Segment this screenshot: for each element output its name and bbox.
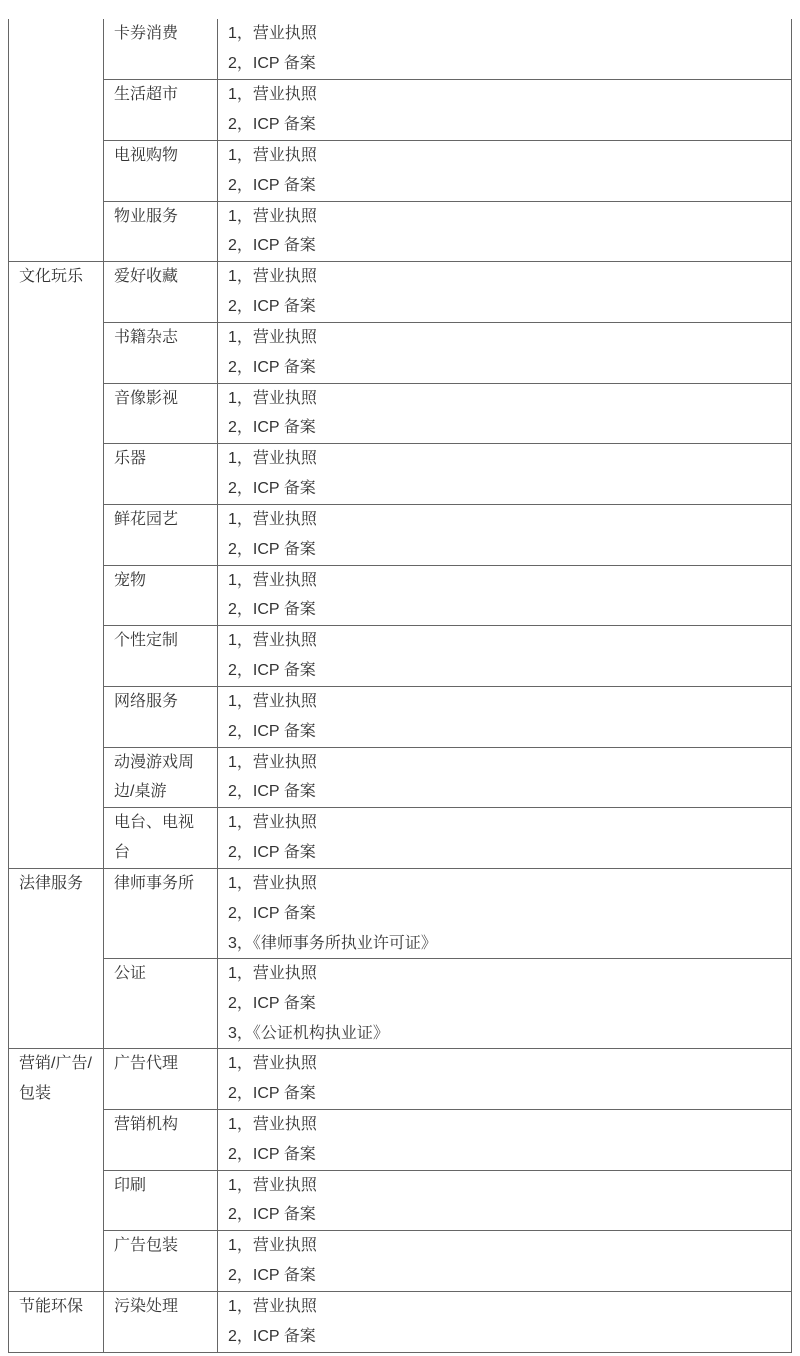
- subcategory-cell: 个性定制: [104, 626, 218, 687]
- category-cell: 节能环保: [9, 1292, 104, 1353]
- subcategory-cell: 物业服务: [104, 201, 218, 262]
- subcategory-cell: 广告代理: [104, 1049, 218, 1110]
- category-cell: 营销/广告/包装: [9, 1049, 104, 1292]
- table-row: 印刷1，营业执照2，ICP 备案: [9, 1170, 792, 1231]
- table-row: 音像影视1，营业执照2，ICP 备案: [9, 383, 792, 444]
- requirement-item: 2，ICP 备案: [228, 777, 781, 807]
- requirements-cell: 1，营业执照2，ICP 备案: [218, 1292, 792, 1353]
- requirement-item: 1，营业执照: [228, 959, 781, 989]
- table-row: 书籍杂志1，营业执照2，ICP 备案: [9, 322, 792, 383]
- table-body: 卡券消费1，营业执照2，ICP 备案生活超市1，营业执照2，ICP 备案电视购物…: [9, 19, 792, 1352]
- requirement-item: 1，营业执照: [228, 1049, 781, 1079]
- requirements-cell: 1，营业执照2，ICP 备案: [218, 444, 792, 505]
- license-requirements-table: 卡券消费1，营业执照2，ICP 备案生活超市1，营业执照2，ICP 备案电视购物…: [8, 19, 792, 1353]
- subcategory-cell: 爱好收藏: [104, 262, 218, 323]
- requirement-item: 2，ICP 备案: [228, 413, 781, 443]
- requirements-cell: 1，营业执照2，ICP 备案: [218, 626, 792, 687]
- requirement-item: 2，ICP 备案: [228, 838, 781, 868]
- requirement-item: 1，营业执照: [228, 1171, 781, 1201]
- requirement-item: 2，ICP 备案: [228, 353, 781, 383]
- table-row: 生活超市1，营业执照2，ICP 备案: [9, 80, 792, 141]
- requirements-cell: 1，营业执照2，ICP 备案: [218, 1110, 792, 1171]
- requirement-item: 2，ICP 备案: [228, 989, 781, 1019]
- requirement-item: 1，营业执照: [228, 323, 781, 353]
- category-cell: 文化玩乐: [9, 262, 104, 869]
- table-row: 营销/广告/包装广告代理1，营业执照2，ICP 备案: [9, 1049, 792, 1110]
- table-row: 电视购物1，营业执照2，ICP 备案: [9, 140, 792, 201]
- table-row: 乐器1，营业执照2，ICP 备案: [9, 444, 792, 505]
- subcategory-cell: 公证: [104, 959, 218, 1049]
- requirement-item: 1，营业执照: [228, 262, 781, 292]
- requirement-item: 3，《律师事务所执业许可证》: [228, 929, 781, 959]
- requirements-cell: 1，营业执照2，ICP 备案: [218, 19, 792, 80]
- table-row: 动漫游戏周边/桌游1，营业执照2，ICP 备案: [9, 747, 792, 808]
- requirement-item: 2，ICP 备案: [228, 717, 781, 747]
- subcategory-cell: 电台、电视台: [104, 808, 218, 869]
- table-row: 网络服务1，营业执照2，ICP 备案: [9, 687, 792, 748]
- requirements-cell: 1，营业执照2，ICP 备案3，《公证机构执业证》: [218, 959, 792, 1049]
- subcategory-cell: 污染处理: [104, 1292, 218, 1353]
- requirement-item: 1，营业执照: [228, 141, 781, 171]
- requirement-item: 1，营业执照: [228, 808, 781, 838]
- requirement-item: 1，营业执照: [228, 80, 781, 110]
- requirement-item: 1，营业执照: [228, 1292, 781, 1322]
- table-row: 物业服务1，营业执照2，ICP 备案: [9, 201, 792, 262]
- subcategory-cell: 动漫游戏周边/桌游: [104, 747, 218, 808]
- subcategory-cell: 鲜花园艺: [104, 505, 218, 566]
- requirement-item: 1，营业执照: [228, 748, 781, 778]
- requirements-cell: 1，营业执照2，ICP 备案: [218, 808, 792, 869]
- requirement-item: 2，ICP 备案: [228, 899, 781, 929]
- requirements-cell: 1，营业执照2，ICP 备案: [218, 140, 792, 201]
- requirement-item: 2，ICP 备案: [228, 292, 781, 322]
- requirement-item: 2，ICP 备案: [228, 1322, 781, 1352]
- subcategory-cell: 营销机构: [104, 1110, 218, 1171]
- subcategory-cell: 宠物: [104, 565, 218, 626]
- table-row: 卡券消费1，营业执照2，ICP 备案: [9, 19, 792, 80]
- table-row: 法律服务律师事务所1，营业执照2，ICP 备案3，《律师事务所执业许可证》: [9, 869, 792, 959]
- requirement-item: 3，《公证机构执业证》: [228, 1019, 781, 1049]
- table-row: 广告包装1，营业执照2，ICP 备案: [9, 1231, 792, 1292]
- requirement-item: 2，ICP 备案: [228, 535, 781, 565]
- subcategory-cell: 音像影视: [104, 383, 218, 444]
- requirements-cell: 1，营业执照2，ICP 备案: [218, 383, 792, 444]
- table-row: 宠物1，营业执照2，ICP 备案: [9, 565, 792, 626]
- requirements-cell: 1，营业执照2，ICP 备案: [218, 80, 792, 141]
- subcategory-cell: 生活超市: [104, 80, 218, 141]
- requirements-cell: 1，营业执照2，ICP 备案: [218, 262, 792, 323]
- requirements-cell: 1，营业执照2，ICP 备案: [218, 1049, 792, 1110]
- requirements-cell: 1，营业执照2，ICP 备案: [218, 505, 792, 566]
- requirement-item: 2，ICP 备案: [228, 231, 781, 261]
- table-row: 鲜花园艺1，营业执照2，ICP 备案: [9, 505, 792, 566]
- subcategory-cell: 卡券消费: [104, 19, 218, 80]
- requirement-item: 1，营业执照: [228, 687, 781, 717]
- subcategory-cell: 印刷: [104, 1170, 218, 1231]
- requirements-cell: 1，营业执照2，ICP 备案: [218, 747, 792, 808]
- requirement-item: 1，营业执照: [228, 1231, 781, 1261]
- requirement-item: 2，ICP 备案: [228, 1079, 781, 1109]
- requirement-item: 2，ICP 备案: [228, 474, 781, 504]
- requirement-item: 1，营业执照: [228, 384, 781, 414]
- table-row: 电台、电视台1，营业执照2，ICP 备案: [9, 808, 792, 869]
- category-cell: [9, 19, 104, 262]
- table-row: 公证1，营业执照2，ICP 备案3，《公证机构执业证》: [9, 959, 792, 1049]
- requirement-item: 1，营业执照: [228, 19, 781, 49]
- requirement-item: 2，ICP 备案: [228, 1261, 781, 1291]
- table-row: 文化玩乐爱好收藏1，营业执照2，ICP 备案: [9, 262, 792, 323]
- requirement-item: 2，ICP 备案: [228, 1200, 781, 1230]
- requirement-item: 2，ICP 备案: [228, 110, 781, 140]
- requirement-item: 2，ICP 备案: [228, 595, 781, 625]
- requirement-item: 2，ICP 备案: [228, 171, 781, 201]
- subcategory-cell: 网络服务: [104, 687, 218, 748]
- requirement-item: 1，营业执照: [228, 202, 781, 232]
- requirement-item: 1，营业执照: [228, 505, 781, 535]
- category-cell: 法律服务: [9, 869, 104, 1049]
- table-row: 节能环保污染处理1，营业执照2，ICP 备案: [9, 1292, 792, 1353]
- requirements-cell: 1，营业执照2，ICP 备案: [218, 1170, 792, 1231]
- subcategory-cell: 乐器: [104, 444, 218, 505]
- requirement-item: 2，ICP 备案: [228, 656, 781, 686]
- requirement-item: 1，营业执照: [228, 566, 781, 596]
- subcategory-cell: 书籍杂志: [104, 322, 218, 383]
- subcategory-cell: 律师事务所: [104, 869, 218, 959]
- requirements-cell: 1，营业执照2，ICP 备案: [218, 687, 792, 748]
- subcategory-cell: 电视购物: [104, 140, 218, 201]
- requirements-cell: 1，营业执照2，ICP 备案: [218, 322, 792, 383]
- requirement-item: 1，营业执照: [228, 626, 781, 656]
- requirements-cell: 1，营业执照2，ICP 备案: [218, 565, 792, 626]
- requirement-item: 1，营业执照: [228, 444, 781, 474]
- requirements-cell: 1，营业执照2，ICP 备案: [218, 201, 792, 262]
- requirement-item: 1，营业执照: [228, 869, 781, 899]
- requirement-item: 1，营业执照: [228, 1110, 781, 1140]
- table-row: 营销机构1，营业执照2，ICP 备案: [9, 1110, 792, 1171]
- requirements-cell: 1，营业执照2，ICP 备案: [218, 1231, 792, 1292]
- table-row: 个性定制1，营业执照2，ICP 备案: [9, 626, 792, 687]
- requirements-cell: 1，营业执照2，ICP 备案3，《律师事务所执业许可证》: [218, 869, 792, 959]
- requirement-item: 2，ICP 备案: [228, 1140, 781, 1170]
- subcategory-cell: 广告包装: [104, 1231, 218, 1292]
- requirement-item: 2，ICP 备案: [228, 49, 781, 79]
